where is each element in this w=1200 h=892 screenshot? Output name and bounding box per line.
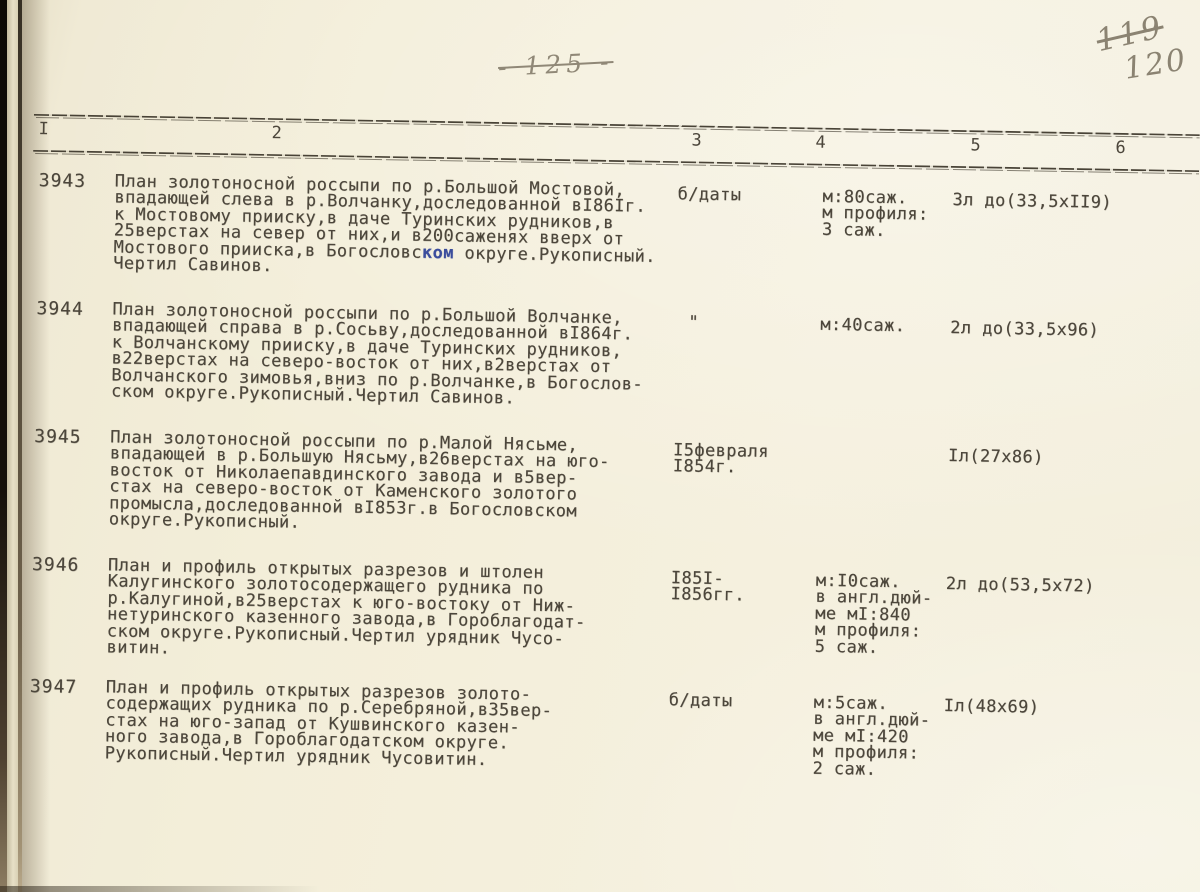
entry-3946: 3946 План и профиль открытых разрезов и … xyxy=(26,554,1192,574)
date-line: I856гг. xyxy=(670,587,745,605)
scale-line: м:40саж. xyxy=(820,317,905,335)
entry-number: 3947 xyxy=(30,676,78,698)
column-header-3: 3 xyxy=(691,130,702,150)
underpage-edge xyxy=(7,0,18,892)
entry-number: 3945 xyxy=(34,426,82,448)
entry-date: б/даты xyxy=(677,186,741,204)
entry-description: План золотоносной россыпи по р.Малой Няс… xyxy=(109,429,610,536)
pencil-page-number-center: - 125 - xyxy=(497,47,614,82)
entry-scale: м:5саж. в англ.дюй- ме мI:420 м профиля:… xyxy=(812,695,930,779)
date-line: б/даты xyxy=(669,692,733,710)
entry-scale: м:80саж. м профиля: 3 саж. xyxy=(822,189,929,240)
column-header-6: 6 xyxy=(1115,138,1126,158)
column-header-4: 4 xyxy=(815,133,826,153)
description-line-part: округе.Рукописный. xyxy=(454,243,656,267)
entry-date-ditto: " xyxy=(688,314,699,331)
date-line: б/даты xyxy=(677,186,741,204)
entry-date: б/даты xyxy=(669,692,733,710)
ditto-mark: " xyxy=(688,314,699,331)
table-header-rule-top xyxy=(34,114,1200,139)
entry-description: План и профиль открытых разрезов и штоле… xyxy=(106,557,586,664)
entry-date: I85I- I856гг. xyxy=(670,570,745,604)
column-header-2: 2 xyxy=(271,123,282,143)
entry-sheets: 2л до(53,5х72) xyxy=(946,574,1095,597)
entry-scale: м:40саж. xyxy=(820,317,905,335)
entry-sheets: 3л до(33,5хII9) xyxy=(952,190,1112,213)
binding-edge xyxy=(0,0,7,892)
entry-description: План золотоносной россыпи по р.Большой В… xyxy=(111,301,644,409)
bottom-scan-edge xyxy=(0,886,320,892)
entry-scale: м:I0саж. в англ.дюй- ме мI:840 м профиля… xyxy=(815,573,933,657)
page-scan: - 125 - 119 120 I 2 3 4 5 6 3943 План зо… xyxy=(0,0,1200,892)
column-header-5: 5 xyxy=(970,135,981,155)
entry-3944: 3944 План золотоносной россыпи по р.Боль… xyxy=(31,298,1197,318)
entry-3947: 3947 План и профиль открытых разрезов зо… xyxy=(24,676,1190,696)
column-header-1: I xyxy=(38,119,49,139)
entry-number: 3943 xyxy=(39,170,87,192)
entry-sheets: Iл(27х86) xyxy=(948,446,1044,468)
typed-correction-blue: ком xyxy=(422,242,454,263)
inventory-table: I 2 3 4 5 6 3943 План золотоносной россы… xyxy=(21,106,1200,886)
entry-date: I5февраля I854г. xyxy=(673,442,769,476)
entry-sheets: Iл(48х69) xyxy=(943,696,1039,718)
entry-3943: 3943 План золотоносной россыпи по р.Боль… xyxy=(33,170,1199,190)
entry-description: План и профиль открытых разрезов золото-… xyxy=(105,679,553,769)
entry-3945: 3945 План золотоносной россыпи по р.Мало… xyxy=(28,426,1194,446)
entry-number: 3946 xyxy=(32,554,80,576)
entry-description: План золотоносной россыпи по р.Большой М… xyxy=(113,173,657,281)
entry-sheets: 2л до(33,5х96) xyxy=(950,318,1099,341)
entry-number: 3944 xyxy=(36,298,84,320)
table-header-rule-bottom xyxy=(33,150,1199,175)
